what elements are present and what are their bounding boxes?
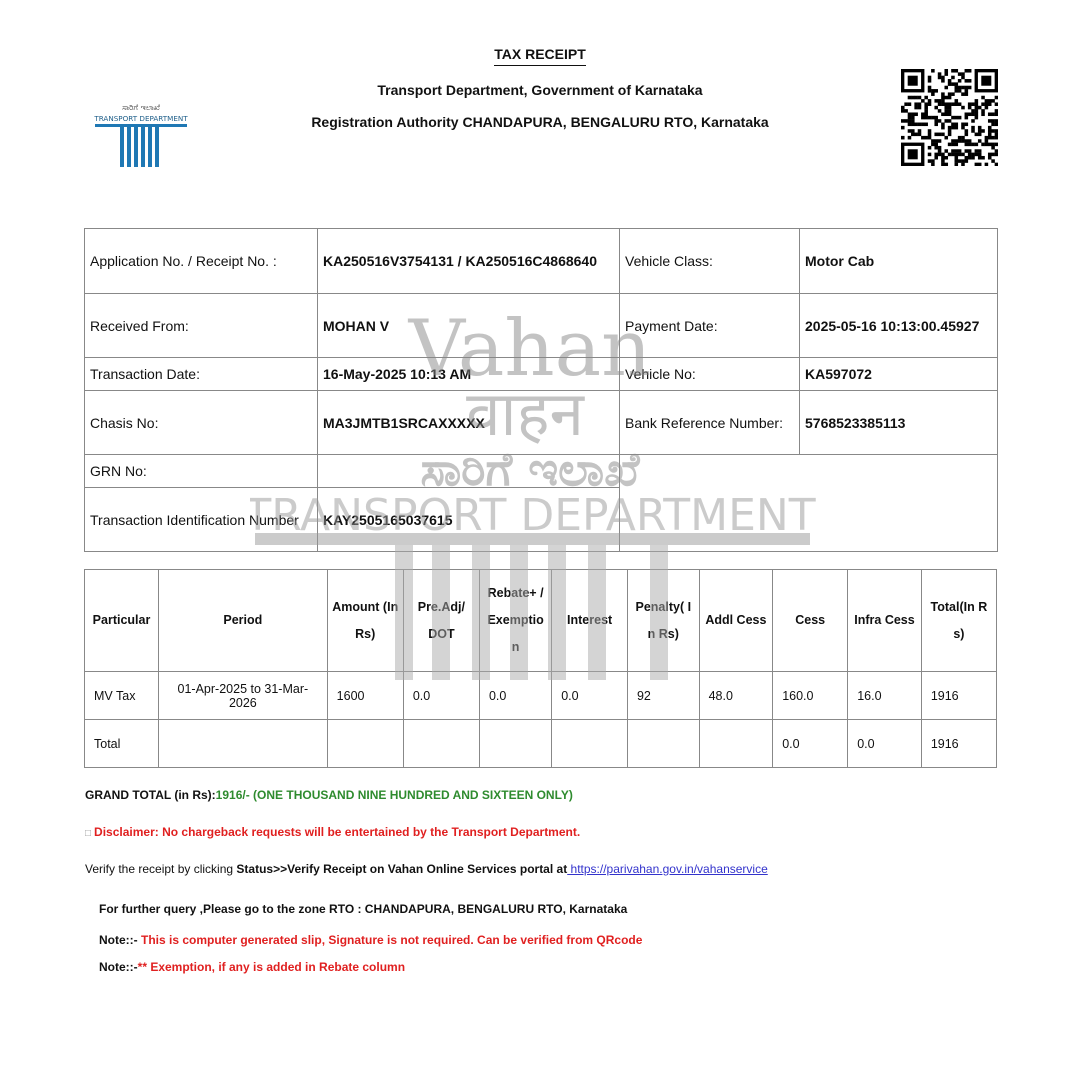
vehicle-no-label: Vehicle No: — [620, 358, 800, 391]
column-header: Period — [159, 570, 328, 672]
vehicle-no-value: KA597072 — [800, 358, 998, 391]
receipt-title: TAX RECEIPT — [494, 46, 586, 66]
grand-total: GRAND TOTAL (in Rs):1916/- (ONE THOUSAND… — [85, 788, 573, 802]
column-header: Amount (In Rs) — [327, 570, 403, 672]
disclaimer-text: Disclaimer: No chargeback requests will … — [94, 825, 580, 839]
further-query: For further query ,Please go to the zone… — [99, 902, 627, 916]
table-cell: 0.0 — [479, 672, 551, 720]
column-header: Rebate+ /Exemption — [479, 570, 551, 672]
grn-no-label: GRN No: — [85, 455, 318, 488]
note-exemption-text: ** Exemption, if any is added in Rebate … — [138, 960, 405, 974]
table-cell — [159, 720, 328, 768]
empty-cell — [620, 455, 998, 552]
transaction-date-label: Transaction Date: — [85, 358, 318, 391]
table-cell — [479, 720, 551, 768]
application-no-value: KA250516V3754131 / KA250516C4868640 — [318, 229, 620, 294]
tax-table-header: ParticularPeriodAmount (In Rs)Pre.Adj/ D… — [85, 570, 997, 672]
column-header: Infra Cess — [848, 570, 922, 672]
disclaimer: □Disclaimer: No chargeback requests will… — [85, 825, 580, 839]
table-cell — [403, 720, 479, 768]
column-header: Addl Cess — [699, 570, 773, 672]
received-from-label: Received From: — [85, 294, 318, 358]
table-cell: 92 — [627, 672, 699, 720]
grn-no-value — [318, 455, 620, 488]
verify-prefix: Verify the receipt by clicking — [85, 862, 236, 876]
transaction-date-value: 16-May-2025 10:13 AM — [318, 358, 620, 391]
vehicle-class-value: Motor Cab — [800, 229, 998, 294]
receipt-info-table: Application No. / Receipt No. : KA250516… — [84, 228, 998, 552]
table-row: MV Tax01-Apr-2025 to 31-Mar-202616000.00… — [85, 672, 997, 720]
table-cell: 0.0 — [403, 672, 479, 720]
qr-code — [901, 69, 998, 166]
verify-steps: Status>>Verify Receipt on Vahan Online S… — [236, 862, 567, 876]
table-cell: 0.0 — [552, 672, 628, 720]
column-header: Interest — [552, 570, 628, 672]
table-cell — [327, 720, 403, 768]
column-header: Total(In Rs) — [921, 570, 996, 672]
table-cell — [627, 720, 699, 768]
column-header: Penalty( In Rs) — [627, 570, 699, 672]
receipt-title-wrap: TAX RECEIPT — [0, 46, 1080, 64]
column-header: Pre.Adj/ DOT — [403, 570, 479, 672]
application-no-label: Application No. / Receipt No. : — [85, 229, 318, 294]
note-signature-text: This is computer generated slip, Signatu… — [138, 933, 643, 947]
tax-details-table: ParticularPeriodAmount (In Rs)Pre.Adj/ D… — [84, 569, 997, 768]
table-cell: 0.0 — [773, 720, 848, 768]
svg-text:TRANSPORT DEPARTMENT: TRANSPORT DEPARTMENT — [94, 114, 188, 123]
note-label: Note::- — [99, 960, 138, 974]
table-cell: 0.0 — [848, 720, 922, 768]
table-cell: 1916 — [921, 720, 996, 768]
transport-department-logo: ಸಾರಿಗೆ ಇಲಾಖೆ TRANSPORT DEPARTMENT — [94, 100, 188, 168]
payment-date-value: 2025-05-16 10:13:00.45927 — [800, 294, 998, 358]
svg-text:ಸಾರಿಗೆ ಇಲಾಖೆ: ಸಾರಿಗೆ ಇಲಾಖೆ — [122, 103, 161, 112]
table-row: Total0.00.01916 — [85, 720, 997, 768]
table-cell: 1600 — [327, 672, 403, 720]
received-from-value: MOHAN V — [318, 294, 620, 358]
vehicle-class-label: Vehicle Class: — [620, 229, 800, 294]
grand-total-value: 1916/- (ONE THOUSAND NINE HUNDRED AND SI… — [216, 788, 573, 802]
transaction-id-label: Transaction Identification Number — [85, 488, 318, 552]
table-cell: 1916 — [921, 672, 996, 720]
table-cell: 48.0 — [699, 672, 773, 720]
column-header: Cess — [773, 570, 848, 672]
table-cell: MV Tax — [85, 672, 159, 720]
chasis-no-value: MA3JMTB1SRCAXXXXX — [318, 391, 620, 455]
bank-reference-value: 5768523385113 — [800, 391, 998, 455]
checkbox-icon: □ — [85, 828, 91, 839]
grand-total-label: GRAND TOTAL (in Rs): — [85, 788, 216, 802]
table-cell: Total — [85, 720, 159, 768]
table-cell — [552, 720, 628, 768]
note-label: Note::- — [99, 933, 138, 947]
payment-date-label: Payment Date: — [620, 294, 800, 358]
bank-reference-label: Bank Reference Number: — [620, 391, 800, 455]
note-exemption: Note::-** Exemption, if any is added in … — [99, 960, 405, 974]
table-cell: 16.0 — [848, 672, 922, 720]
column-header: Particular — [85, 570, 159, 672]
vahan-service-link[interactable]: https://parivahan.gov.in/vahanservice — [567, 862, 768, 876]
table-cell — [699, 720, 773, 768]
table-cell: 160.0 — [773, 672, 848, 720]
verify-instructions: Verify the receipt by clicking Status>>V… — [85, 862, 768, 876]
note-signature: Note::- This is computer generated slip,… — [99, 933, 642, 947]
transaction-id-value: KAY2505165037615 — [318, 488, 620, 552]
chasis-no-label: Chasis No: — [85, 391, 318, 455]
table-cell: 01-Apr-2025 to 31-Mar-2026 — [159, 672, 328, 720]
